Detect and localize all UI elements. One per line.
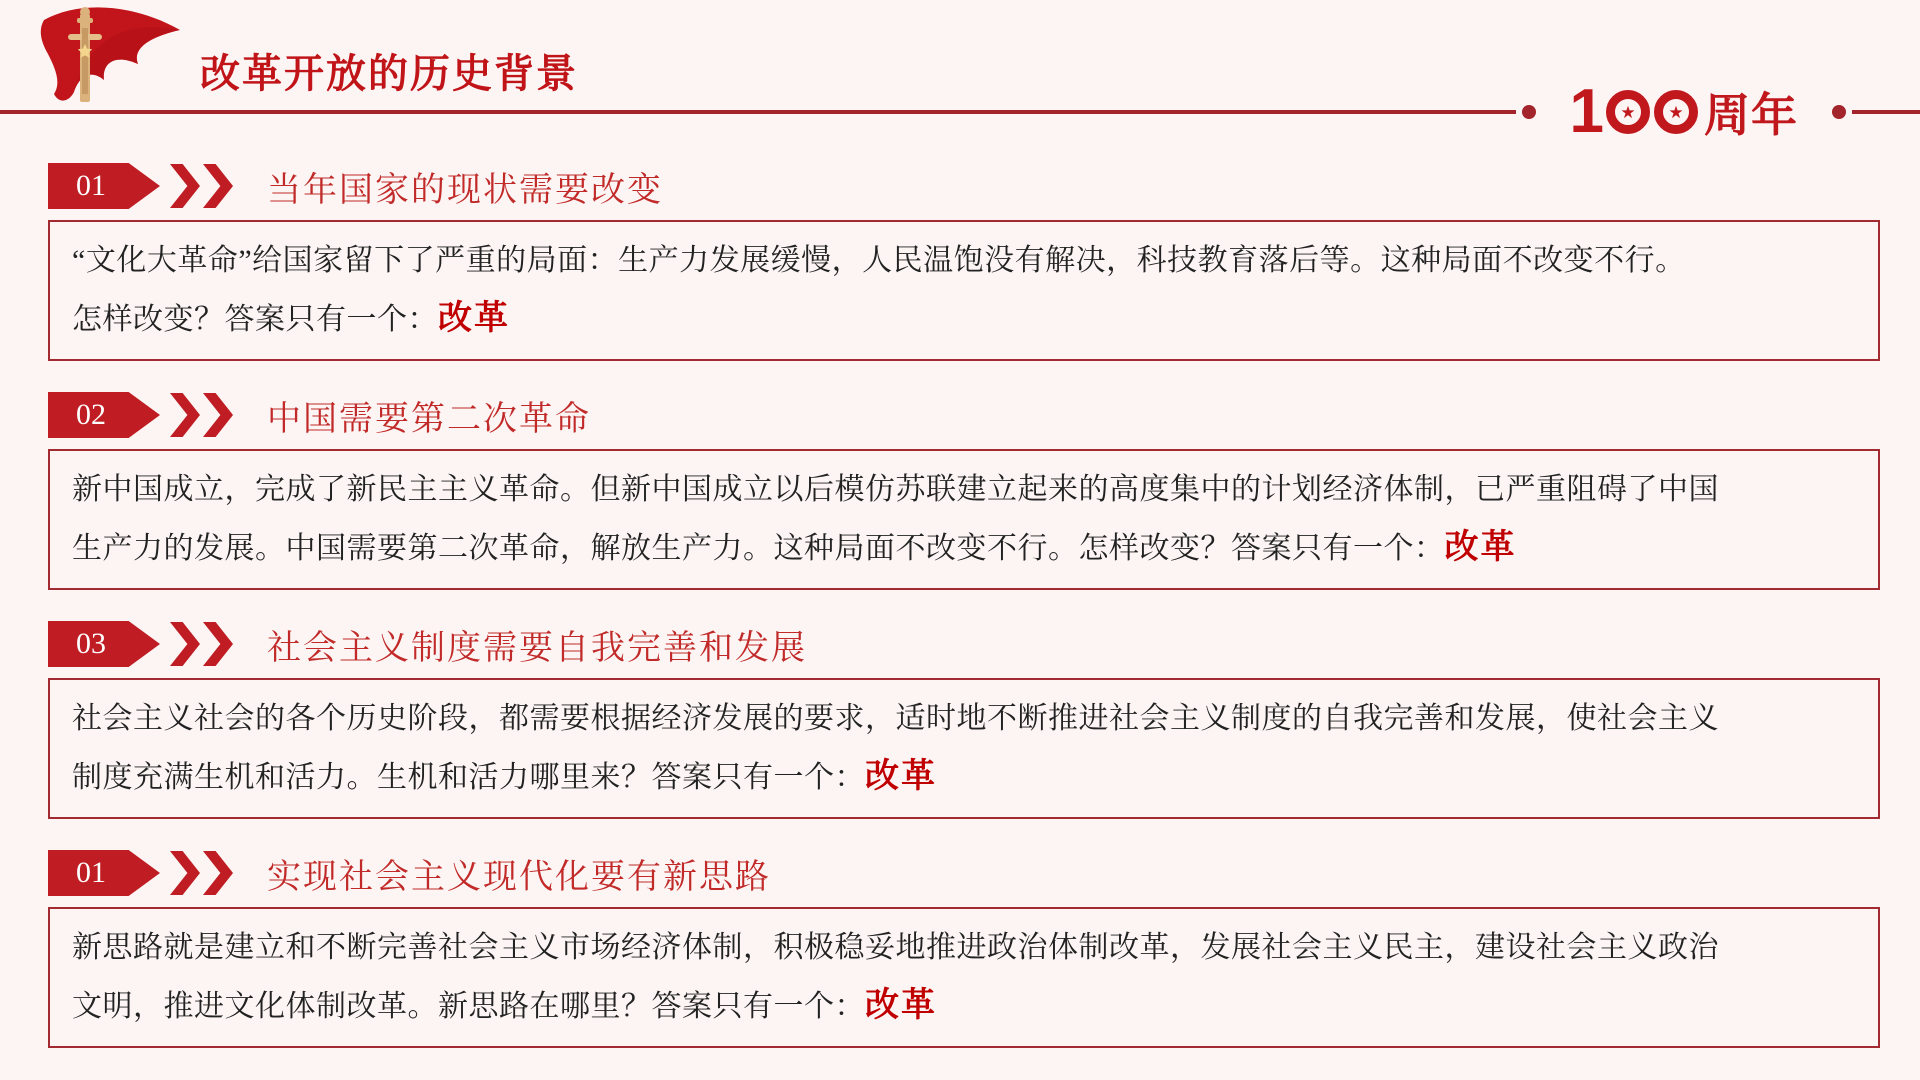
section-text-box: “文化大革命”给国家留下了严重的局面：生产力发展缓慢，人民温饱没有解决，科技教育…	[48, 220, 1880, 361]
chevron-right-icon	[170, 393, 200, 437]
body-line: 新思路就是建立和不断完善社会主义市场经济体制，积极稳妥地推进政治体制改革，发展社…	[72, 919, 1856, 977]
slide-content: 01 当年国家的现状需要改变 “文化大革命”给国家留下了严重的局面：生产力发展缓…	[0, 136, 1920, 1048]
body-line: 生产力的发展。中国需要第二次革命，解放生产力。这种局面不改变不行。怎样改变？答案…	[72, 519, 1856, 578]
anniversary-suffix: 周年	[1704, 79, 1798, 145]
section-text-box: 新中国成立，完成了新民主主义革命。但新中国成立以后模仿苏联建立起来的高度集中的计…	[48, 449, 1880, 590]
number-badge: 03	[48, 621, 160, 667]
rule-line-right	[1852, 110, 1920, 114]
rule-line-left	[0, 110, 1516, 114]
body-line: “文化大革命”给国家留下了严重的局面：生产力发展缓慢，人民温饱没有解决，科技教育…	[72, 232, 1856, 290]
double-chevron-icon	[170, 851, 233, 895]
section-4-heading: 01 实现社会主义现代化要有新思路	[48, 849, 1880, 897]
star-icon: ★	[1668, 104, 1683, 121]
section-text-box: 社会主义社会的各个历史阶段，都需要根据经济发展的要求，适时地不断推进社会主义制度…	[48, 678, 1880, 819]
body-line: 怎样改变？答案只有一个：改革	[72, 290, 1856, 349]
section-3: 03 社会主义制度需要自我完善和发展 社会主义社会的各个历史阶段，都需要根据经济…	[48, 620, 1880, 819]
chevron-right-icon	[203, 164, 233, 208]
chevron-right-icon	[203, 622, 233, 666]
body-text: 制度充满生机和活力。生机和活力哪里来？答案只有一个：	[72, 761, 865, 794]
section-2: 02 中国需要第二次革命 新中国成立，完成了新民主主义革命。但新中国成立以后模仿…	[48, 391, 1880, 590]
chevron-right-icon	[203, 851, 233, 895]
section-title: 实现社会主义现代化要有新思路	[267, 849, 771, 898]
rule-dot-left	[1522, 105, 1536, 119]
answer-text: 改革	[1445, 529, 1517, 566]
section-3-heading: 03 社会主义制度需要自我完善和发展	[48, 620, 1880, 668]
body-line: 社会主义社会的各个历史阶段，都需要根据经济发展的要求，适时地不断推进社会主义制度…	[72, 690, 1856, 748]
answer-text: 改革	[438, 300, 510, 337]
double-chevron-icon	[170, 622, 233, 666]
anniversary-digit: 1	[1570, 84, 1602, 140]
chevron-right-icon	[170, 164, 200, 208]
number-badge: 01	[48, 850, 160, 896]
section-1-heading: 01 当年国家的现状需要改变	[48, 162, 1880, 210]
chevron-right-icon	[170, 622, 200, 666]
section-text-box: 新思路就是建立和不断完善社会主义市场经济体制，积极稳妥地推进政治体制改革，发展社…	[48, 907, 1880, 1048]
anniversary-ring-icon: ★	[1606, 90, 1650, 134]
star-icon: ★	[1620, 104, 1635, 121]
body-text: 文明，推进文化体制改革。新思路在哪里？答案只有一个：	[72, 990, 865, 1023]
number-badge: 02	[48, 392, 160, 438]
chevron-right-icon	[170, 851, 200, 895]
section-4: 01 实现社会主义现代化要有新思路 新思路就是建立和不断完善社会主义市场经济体制…	[48, 849, 1880, 1048]
body-line: 文明，推进文化体制改革。新思路在哪里？答案只有一个：改革	[72, 977, 1856, 1036]
chevron-right-icon	[203, 393, 233, 437]
answer-text: 改革	[865, 758, 937, 795]
double-chevron-icon	[170, 164, 233, 208]
slide-header: 改革开放的历史背景 1 ★ ★ 周年	[0, 0, 1920, 136]
section-title: 中国需要第二次革命	[267, 391, 591, 440]
body-line: 新中国成立，完成了新民主主义革命。但新中国成立以后模仿苏联建立起来的高度集中的计…	[72, 461, 1856, 519]
body-text: 怎样改变？答案只有一个：	[72, 303, 438, 336]
anniversary-logo: 1 ★ ★ 周年	[1570, 79, 1798, 145]
body-text: 生产力的发展。中国需要第二次革命，解放生产力。这种局面不改变不行。怎样改变？答案…	[72, 532, 1445, 565]
section-title: 社会主义制度需要自我完善和发展	[267, 620, 807, 669]
anniversary-ring-icon: ★	[1654, 90, 1698, 134]
section-title: 当年国家的现状需要改变	[267, 162, 663, 211]
rule-dot-right	[1832, 105, 1846, 119]
section-2-heading: 02 中国需要第二次革命	[48, 391, 1880, 439]
section-1: 01 当年国家的现状需要改变 “文化大革命”给国家留下了严重的局面：生产力发展缓…	[48, 162, 1880, 361]
number-badge: 01	[48, 163, 160, 209]
answer-text: 改革	[865, 987, 937, 1024]
header-rule: 1 ★ ★ 周年	[0, 90, 1920, 134]
double-chevron-icon	[170, 393, 233, 437]
body-line: 制度充满生机和活力。生机和活力哪里来？答案只有一个：改革	[72, 748, 1856, 807]
